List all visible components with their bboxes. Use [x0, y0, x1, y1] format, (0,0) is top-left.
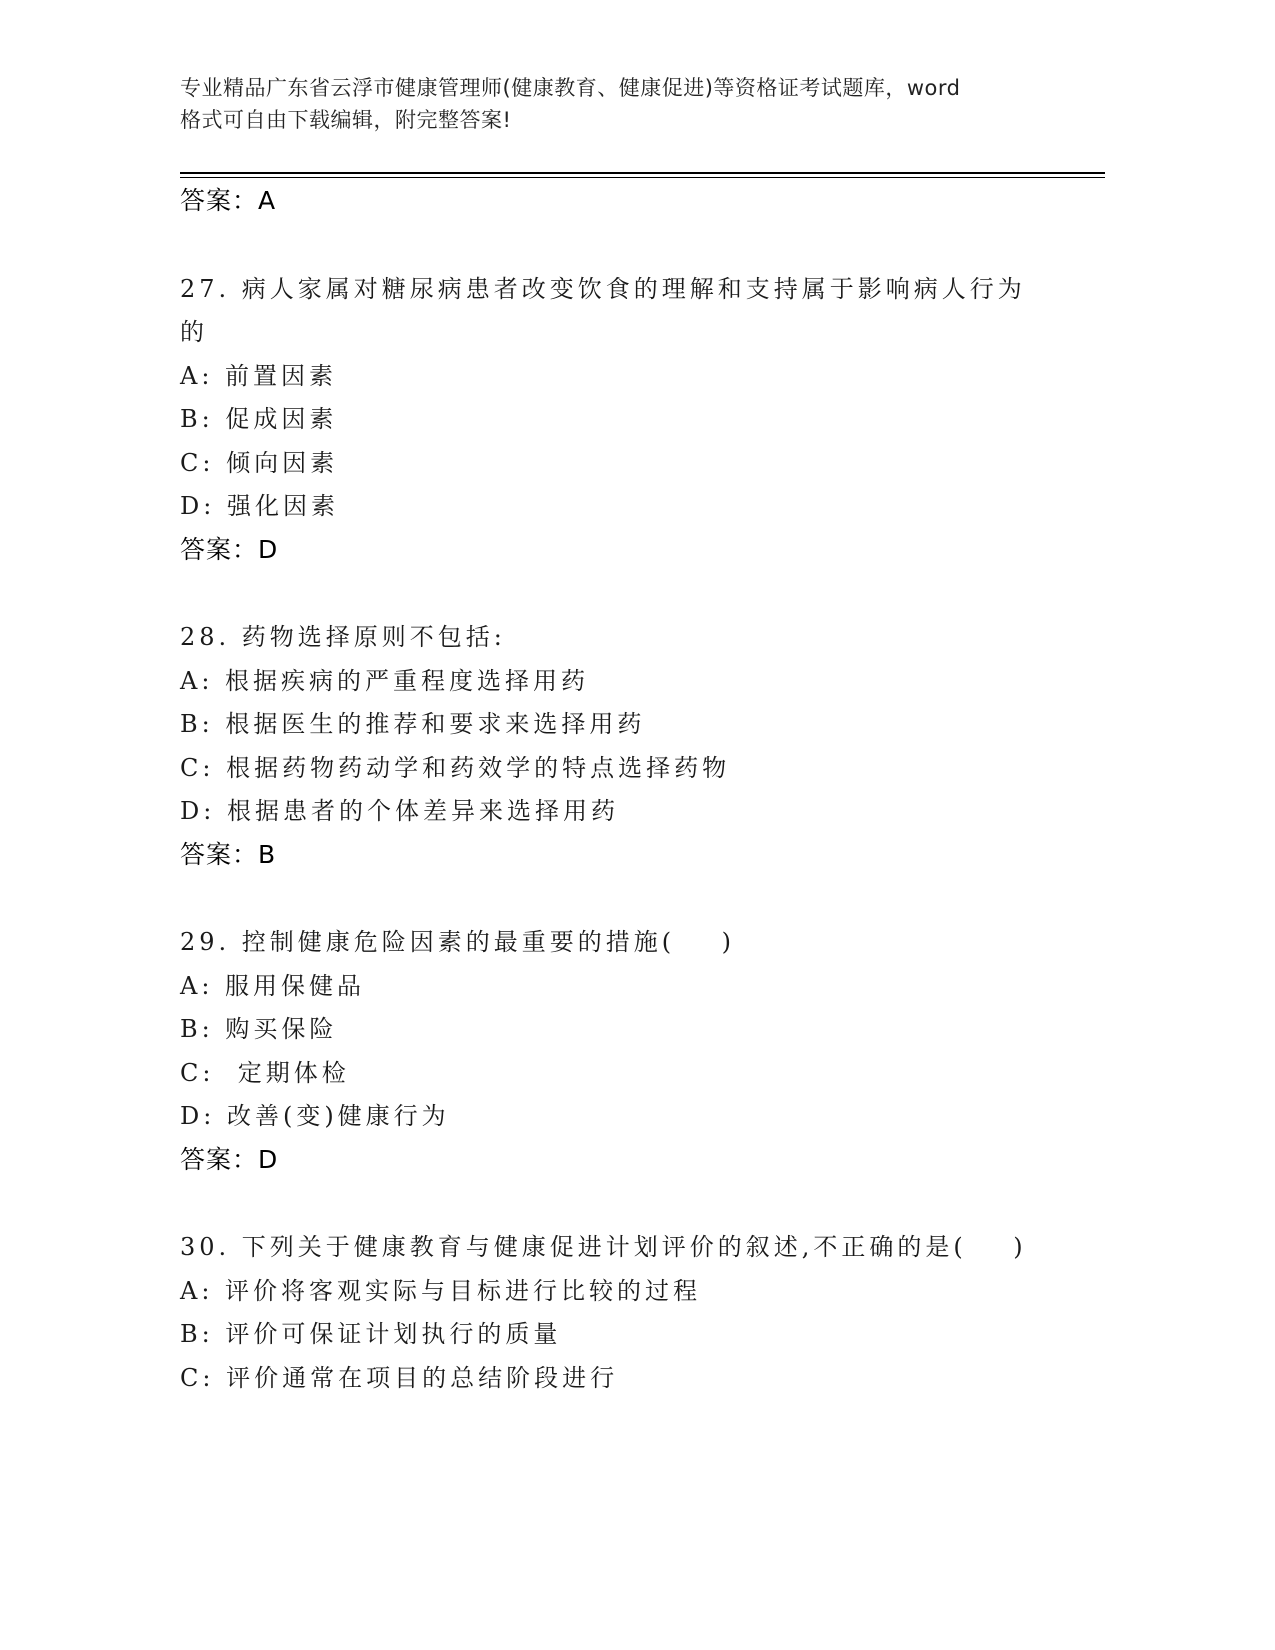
- question-29-option-c: C: 定期体检: [180, 1058, 350, 1088]
- question-30-option-c: C: 评价通常在项目的总结阶段进行: [180, 1363, 618, 1393]
- question-28-option-a: A: 根据疾病的严重程度选择用药: [180, 666, 589, 696]
- question-28-option-b: B: 根据医生的推荐和要求来选择用药: [180, 709, 645, 739]
- question-29-option-b: B: 购买保险: [180, 1014, 337, 1044]
- answer-27: 答案：D: [180, 535, 278, 565]
- question-27-stem-line-2: 的: [180, 317, 208, 347]
- header-rule-thin: [180, 177, 1105, 178]
- header-line-1: 专业精品广东省云浮市健康管理师(健康教育、健康促进)等资格证考试题库，word: [180, 72, 1080, 104]
- answer-28: 答案：B: [180, 840, 276, 870]
- question-28-option-c: C: 根据药物药动学和药效学的特点选择药物: [180, 753, 730, 783]
- question-29-stem: 29. 控制健康危险因素的最重要的措施( ): [180, 927, 735, 957]
- page-header: 专业精品广东省云浮市健康管理师(健康教育、健康促进)等资格证考试题库，word …: [180, 72, 1080, 136]
- question-28-stem: 28. 药物选择原则不包括:: [180, 622, 506, 652]
- document-page: 专业精品广东省云浮市健康管理师(健康教育、健康促进)等资格证考试题库，word …: [0, 0, 1275, 1650]
- question-27-option-c: C: 倾向因素: [180, 448, 338, 478]
- answer-29: 答案：D: [180, 1145, 278, 1175]
- question-27-option-d: D: 强化因素: [180, 491, 339, 521]
- question-28-option-d: D: 根据患者的个体差异来选择用药: [180, 796, 619, 826]
- question-30-option-b: B: 评价可保证计划执行的质量: [180, 1319, 561, 1349]
- question-27-option-a: A: 前置因素: [180, 361, 337, 391]
- question-30-option-a: A: 评价将客观实际与目标进行比较的过程: [180, 1276, 701, 1306]
- question-29-option-d: D: 改善(变)健康行为: [180, 1101, 450, 1131]
- question-27-option-b: B: 促成因素: [180, 404, 337, 434]
- header-rule-thick: [180, 172, 1105, 174]
- question-30-stem: 30. 下列关于健康教育与健康促进计划评价的叙述,不正确的是( ): [180, 1232, 1027, 1262]
- header-line-2: 格式可自由下载编辑，附完整答案!: [180, 104, 1080, 136]
- question-29-option-a: A: 服用保健品: [180, 971, 365, 1001]
- answer-26: 答案：A: [180, 186, 276, 216]
- question-27-stem-line-1: 27. 病人家属对糖尿病患者改变饮食的理解和支持属于影响病人行为: [180, 274, 1026, 304]
